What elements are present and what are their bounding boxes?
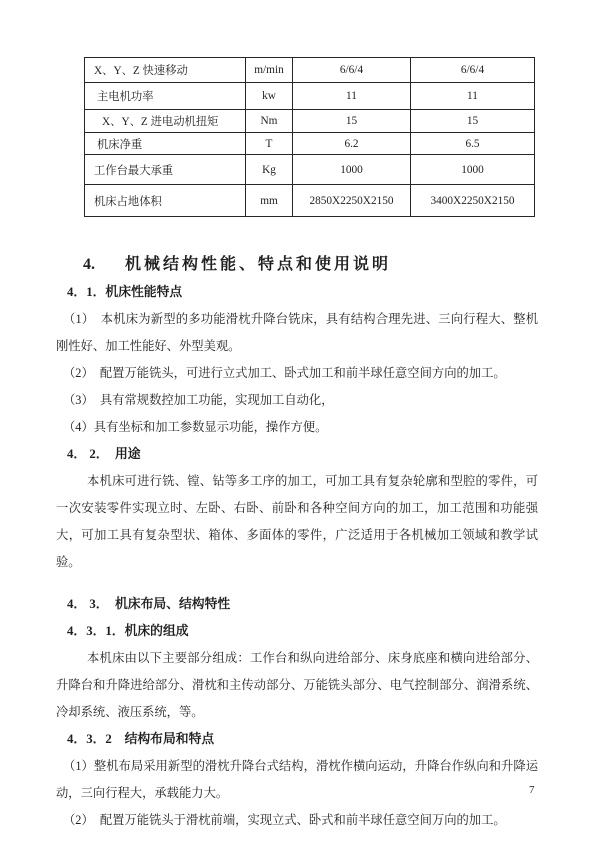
- spec-item: 工作台最大承重: [85, 155, 246, 185]
- spec-value-2: 11: [411, 83, 535, 110]
- paragraph-4-1-item-3: （3） 具有常规数控加工功能，实现加工自动化，: [56, 387, 538, 414]
- section-4-3-2-heading: 4．3．2 结构布局和特点: [67, 726, 538, 753]
- spec-value-2: 15: [411, 110, 535, 133]
- spec-value-1: 6/6/4: [293, 58, 411, 83]
- spec-item: 主电机功率: [85, 83, 246, 110]
- spec-value-2: 6.5: [411, 133, 535, 155]
- section-4-number: 4.: [83, 251, 125, 279]
- spec-unit: Kg: [246, 155, 293, 185]
- paragraph-4-1-item-4: （4）具有坐标和加工参数显示功能，操作方便。: [56, 414, 538, 441]
- spec-value-2: 3400X2250X2150: [411, 185, 535, 217]
- document-body: 4.机械结构性能、特点和使用说明 4．1．机床性能特点 （1） 本机床为新型的多…: [56, 251, 538, 834]
- paragraph-4-1-item-2: （2） 配置万能铣头，可进行立式加工、卧式加工和前半球任意空间方向的加工。: [56, 360, 538, 387]
- spec-unit: T: [246, 133, 293, 155]
- section-4-3-1-heading: 4．3．1．机床的组成: [67, 618, 538, 645]
- page-number: 7: [529, 783, 535, 797]
- table-row: 机床占地体积 mm 2850X2250X2150 3400X2250X2150: [85, 185, 535, 217]
- table-row: X、Y、Z 快速移动 m/min 6/6/4 6/6/4: [85, 58, 535, 83]
- spec-unit: mm: [246, 185, 293, 217]
- spec-item: X、Y、Z 快速移动: [85, 58, 246, 83]
- spec-unit: Nm: [246, 110, 293, 133]
- section-4-title: 机械结构性能、特点和使用说明: [125, 256, 391, 273]
- table-row: 主电机功率 kw 11 11: [85, 83, 535, 110]
- section-4-3-heading: 4． 3． 机床布局、结构特性: [67, 591, 538, 618]
- table-row: X、Y、Z 进电动机扭矩 Nm 15 15: [85, 110, 535, 133]
- spec-unit: m/min: [246, 58, 293, 83]
- paragraph-4-2: 本机床可进行铣、镗、钻等多工序的加工，可加工具有复杂轮廓和型腔的零件，可一次安装…: [56, 468, 538, 576]
- spec-value-1: 1000: [293, 155, 411, 185]
- document-page: X、Y、Z 快速移动 m/min 6/6/4 6/6/4 主电机功率 kw 11…: [0, 0, 600, 848]
- spec-unit: kw: [246, 83, 293, 110]
- spec-value-1: 2850X2250X2150: [293, 185, 411, 217]
- spec-value-2: 1000: [411, 155, 535, 185]
- spec-value-2: 6/6/4: [411, 58, 535, 83]
- spec-item: X、Y、Z 进电动机扭矩: [85, 110, 246, 133]
- machine-spec-table: X、Y、Z 快速移动 m/min 6/6/4 6/6/4 主电机功率 kw 11…: [84, 57, 535, 217]
- spec-value-1: 15: [293, 110, 411, 133]
- spec-value-1: 6.2: [293, 133, 411, 155]
- section-4-2-heading: 4． 2． 用途: [67, 441, 538, 468]
- spec-item: 机床占地体积: [85, 185, 246, 217]
- paragraph-4-3-2-item-1: （1）整机布局采用新型的滑枕升降台式结构，滑枕作横向运动，升降台作纵向和升降运动…: [56, 753, 538, 807]
- table-row: 机床净重 T 6.2 6.5: [85, 133, 535, 155]
- section-4-1-heading: 4．1．机床性能特点: [67, 279, 538, 306]
- spec-item: 机床净重: [85, 133, 246, 155]
- paragraph-4-3-1: 本机床由以下主要部分组成：工作台和纵向进给部分、床身底座和横向进给部分、升降台和…: [56, 645, 538, 726]
- section-4-heading: 4.机械结构性能、特点和使用说明: [83, 251, 538, 279]
- paragraph-4-1-item-1: （1） 本机床为新型的多功能滑枕升降台铣床，具有结构合理先进、三向行程大、整机刚…: [56, 306, 538, 360]
- spec-value-1: 11: [293, 83, 411, 110]
- paragraph-4-3-2-item-2: （2） 配置万能铣头于滑枕前端，实现立式、卧式和前半球任意空间万向的加工。: [56, 807, 538, 834]
- table-row: 工作台最大承重 Kg 1000 1000: [85, 155, 535, 185]
